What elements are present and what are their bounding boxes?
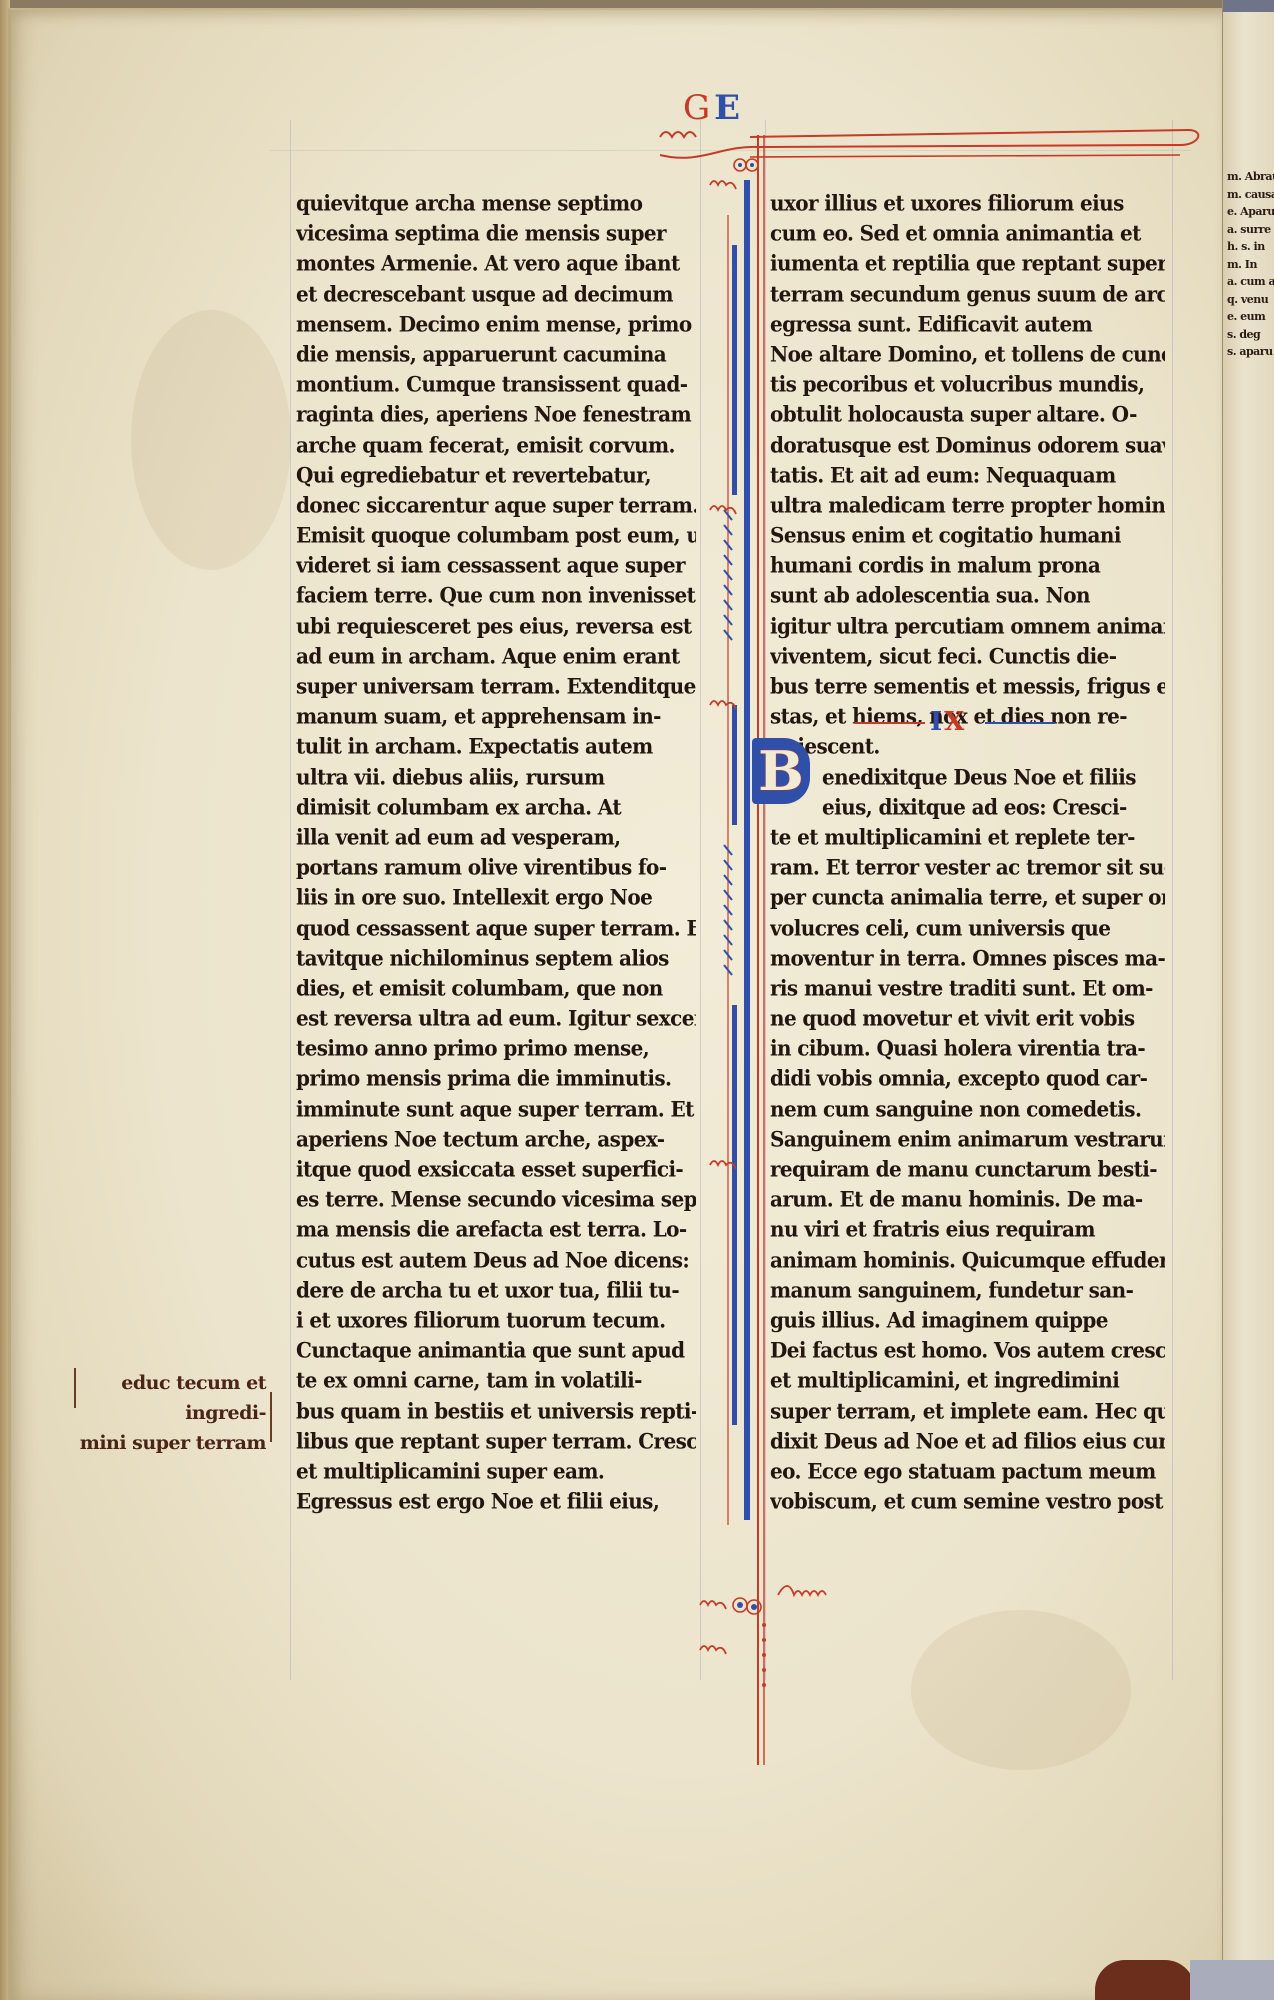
text-line: tesimo anno primo primo mense, [296, 1032, 696, 1064]
text-line: et multiplicamini super eam. [296, 1455, 696, 1487]
text-line: vicesima septima die mensis super [296, 217, 696, 249]
facing-leaf-fragment: e. eum [1227, 308, 1274, 326]
text-line: vobiscum, et cum semine vestro post vos. [770, 1485, 1165, 1517]
text-line: ultra maledicam terre propter homines. [770, 489, 1165, 521]
text-line: est reversa ultra ad eum. Igitur sexcen- [296, 1002, 696, 1034]
facing-leaf-fragment: s. aparu [1227, 343, 1274, 361]
text-line: die mensis, apparuerunt cacumina [296, 338, 696, 370]
ruling-line [290, 120, 291, 1680]
text-line: stas, et hiems, nox et dies non re- [770, 700, 1165, 732]
text-line: sunt ab adolescentia sua. Non [770, 580, 1165, 612]
decorated-initial: B [752, 738, 810, 804]
text-line: Cunctaque animantia que sunt apud [296, 1334, 696, 1366]
text-line: et multiplicamini, et ingredimini [770, 1365, 1165, 1397]
text-line: itque quod exsiccata esset superfici- [296, 1153, 696, 1185]
text-line: dies, et emisit columbam, que non [296, 972, 696, 1004]
text-line: terram secundum genus suum de archa [770, 278, 1165, 310]
text-line: animam hominis. Quicumque effuderit hu- [770, 1244, 1165, 1276]
facing-leaf-text: m. Abrau m. causa e. Aparue a. surre h. … [1227, 168, 1274, 361]
text-line: montes Armenie. At vero aque ibant [296, 248, 696, 280]
initial-letter: B [758, 739, 804, 803]
text-line: nem cum sanguine non comedetis. [770, 1093, 1165, 1125]
marginal-note: educ tecum et ingredi- mini super terram [76, 1368, 266, 1458]
chapter-number-blue: I [930, 707, 944, 737]
facing-leaf-fragment: a. surre [1227, 221, 1274, 239]
text-line: libus que reptant super terram. Crescite [296, 1425, 696, 1457]
background-shadow [1223, 0, 1274, 12]
text-line: tis pecoribus et volucribus mundis, [770, 368, 1165, 400]
text-line: arche quam fecerat, emisit corvum. [296, 429, 696, 461]
text-line: i et uxores filiorum tuorum tecum. [296, 1304, 696, 1336]
facing-leaf-edge: m. Abrau m. causa e. Aparue a. surre h. … [1222, 0, 1274, 2000]
text-line: enedixitque Deus Noe et filiis [770, 761, 1165, 793]
text-line: cum eo. Sed et omnia animantia et [770, 217, 1165, 249]
text-line: eo. Ecce ego statuam pactum meum [770, 1455, 1165, 1487]
text-line: ultra vii. diebus aliis, rursum [296, 761, 696, 793]
text-line: liis in ore suo. Intellexit ergo Noe [296, 882, 696, 914]
text-line: obtulit holocausta super altare. O- [770, 399, 1165, 431]
text-line: tulit in archam. Expectatis autem [296, 731, 696, 763]
text-line: Sensus enim et cogitatio humani [770, 519, 1165, 551]
text-line: ram. Et terror vester ac tremor sit su- [770, 851, 1165, 883]
text-line: quievitque archa mense septimo [296, 187, 696, 219]
text-line: te ex omni carne, tam in volatili- [296, 1365, 696, 1397]
text-line: es terre. Mense secundo vicesima septi- [296, 1183, 696, 1215]
text-line: ad eum in archam. Aque enim erant [296, 640, 696, 672]
text-line: Noe altare Domino, et tollens de cunc- [770, 338, 1165, 370]
text-line: dixit Deus ad Noe et ad filios eius cum [770, 1425, 1165, 1457]
marginal-note-line: mini super terram [76, 1428, 266, 1458]
text-line: humani cordis in malum prona [770, 549, 1165, 581]
text-line: viventem, sicut feci. Cunctis die- [770, 640, 1165, 672]
text-line: ris manui vestre traditi sunt. Et om- [770, 972, 1165, 1004]
facing-leaf-fragment: h. s. in [1227, 238, 1274, 256]
text-line: uxor illius et uxores filiorum eius [770, 187, 1165, 219]
text-line: super terram, et implete eam. Hec quoque [770, 1395, 1165, 1427]
facing-leaf-fragment: s. deg [1227, 326, 1274, 344]
text-line: montium. Cumque transissent quad- [296, 368, 696, 400]
running-header: GE [683, 88, 744, 128]
text-line: et decrescebant usque ad decimum [296, 278, 696, 310]
facing-leaf-fragment: m. In [1227, 256, 1274, 274]
text-line: egressa sunt. Edificavit autem [770, 308, 1165, 340]
text-line: guis illius. Ad imaginem quippe [770, 1304, 1165, 1336]
text-line: bus quam in bestiis et universis repti- [296, 1395, 696, 1427]
text-line: per cuncta animalia terre, et super omne… [770, 882, 1165, 914]
text-line: eius, dixitque ad eos: Cresci- [770, 791, 1165, 823]
text-line: Qui egrediebatur et revertebatur, [296, 459, 696, 491]
text-line: Emisit quoque columbam post eum, ut [296, 519, 696, 551]
text-line: iumenta et reptilia que reptant super [770, 248, 1165, 280]
parchment-stain [131, 310, 291, 570]
text-line: in cibum. Quasi holera virentia tra- [770, 1032, 1165, 1064]
text-line: tavitque nichilominus septem alios [296, 942, 696, 974]
text-line: moventur in terra. Omnes pisces ma- [770, 942, 1165, 974]
text-line: doratusque est Dominus odorem suavi- [770, 429, 1165, 461]
text-line: quiescent. [770, 731, 1165, 763]
text-line: aperiens Noe tectum arche, aspex- [296, 1123, 696, 1155]
text-line: Dei factus est homo. Vos autem crescite [770, 1334, 1165, 1366]
text-line: ma mensis die arefacta est terra. Lo- [296, 1214, 696, 1246]
running-header-red-letter: G [683, 88, 714, 128]
text-line: igitur ultra percutiam omnem animam [770, 610, 1165, 642]
text-line: portans ramum olive virentibus fo- [296, 851, 696, 883]
facing-leaf-fragment: q. venu [1227, 291, 1274, 309]
text-line: manum sanguinem, fundetur san- [770, 1274, 1165, 1306]
chapter-flourish-right [985, 722, 1055, 724]
text-line: requiram de manu cunctarum besti- [770, 1153, 1165, 1185]
text-line: imminute sunt aque super terram. Et [296, 1093, 696, 1125]
leather-binding [1095, 1960, 1195, 2000]
text-line: ne quod movetur et vivit erit vobis [770, 1002, 1165, 1034]
text-line: manum suam, et apprehensam in- [296, 700, 696, 732]
running-header-blue-letter: E [714, 88, 744, 128]
text-line: illa venit ad eum ad vesperam, [296, 821, 696, 853]
text-line: videret si iam cessassent aque super [296, 549, 696, 581]
text-line: arum. Et de manu hominis. De ma- [770, 1183, 1165, 1215]
text-line: te et multiplicamini et replete ter- [770, 821, 1165, 853]
text-line: didi vobis omnia, excepto quod car- [770, 1063, 1165, 1095]
facing-leaf-fragment: m. Abrau [1227, 168, 1274, 186]
text-line: super universam terram. Extenditque [296, 670, 696, 702]
chapter-flourish-left [855, 722, 925, 724]
text-line: faciem terre. Que cum non invenisset [296, 580, 696, 612]
text-line: mensem. Decimo enim mense, primo [296, 308, 696, 340]
text-line: dimisit columbam ex archa. At [296, 791, 696, 823]
text-line: ubi requiesceret pes eius, reversa est [296, 610, 696, 642]
text-line: volucres celi, cum universis que [770, 912, 1165, 944]
text-line: bus terre sementis et messis, frigus et … [770, 670, 1165, 702]
text-column-right: uxor illius et uxores filiorum eius cum … [770, 188, 1165, 1516]
text-line: nu viri et fratris eius requiram [770, 1214, 1165, 1246]
background-gap [1190, 1960, 1274, 2000]
chapter-number-red: X [944, 707, 966, 737]
text-line: donec siccarentur aque super terram. [296, 489, 696, 521]
text-line: Egressus est ergo Noe et filii eius, [296, 1485, 696, 1517]
chapter-number: IX [930, 707, 966, 737]
facing-leaf-fragment: e. Aparue [1227, 203, 1274, 221]
text-line: dere de archa tu et uxor tua, filii tu- [296, 1274, 696, 1306]
marginal-bracket [270, 1392, 272, 1442]
text-line: cutus est autem Deus ad Noe dicens: Egre… [296, 1244, 696, 1276]
facing-leaf-fragment: m. causa [1227, 186, 1274, 204]
text-line: quod cessassent aque super terram. Expec… [296, 912, 696, 944]
text-line: Sanguinem enim animarum vestrarum [770, 1123, 1165, 1155]
text-line: primo mensis prima die imminutis. [296, 1063, 696, 1095]
text-line: tatis. Et ait ad eum: Nequaquam [770, 459, 1165, 491]
facing-leaf-fragment: a. cum a [1227, 273, 1274, 291]
text-column-left: quievitque archa mense septimo vicesima … [296, 188, 696, 1516]
marginal-note-line: educ tecum et ingredi- [76, 1368, 266, 1428]
text-line: raginta dies, aperiens Noe fenestram [296, 399, 696, 431]
